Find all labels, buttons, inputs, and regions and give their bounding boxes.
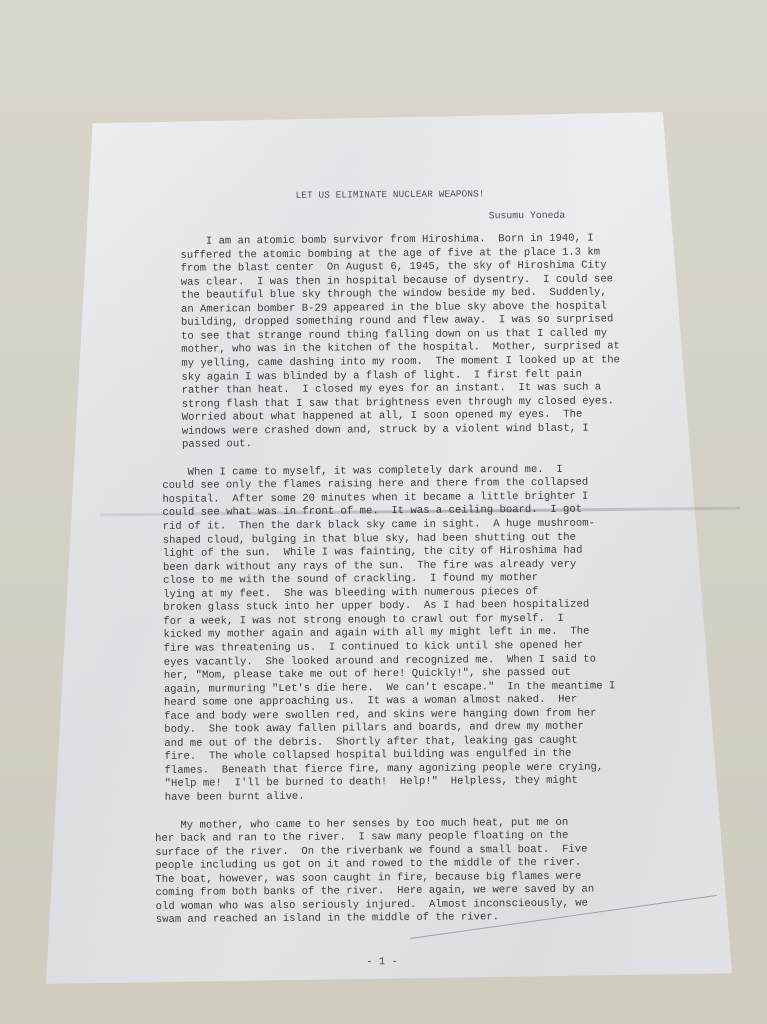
text-line: have been burnt alive. <box>165 788 625 805</box>
typed-document: LET US ELIMINATE NUCLEAR WEAPONS! Susumu… <box>150 186 626 971</box>
paragraph-3: My mother, who came to her senses by too… <box>155 816 626 928</box>
document-author: Susumu Yoneda <box>150 208 620 225</box>
paragraph-2: When I came to myself, it was completely… <box>152 463 625 805</box>
paragraph-1: I am an atomic bomb survivor from Hirosh… <box>150 232 622 452</box>
document-title: LET US ELIMINATE NUCLEAR WEAPONS! <box>150 186 620 203</box>
text-line: passed out. <box>182 436 622 453</box>
text-line: swam and reached an island in the middle… <box>156 911 626 928</box>
